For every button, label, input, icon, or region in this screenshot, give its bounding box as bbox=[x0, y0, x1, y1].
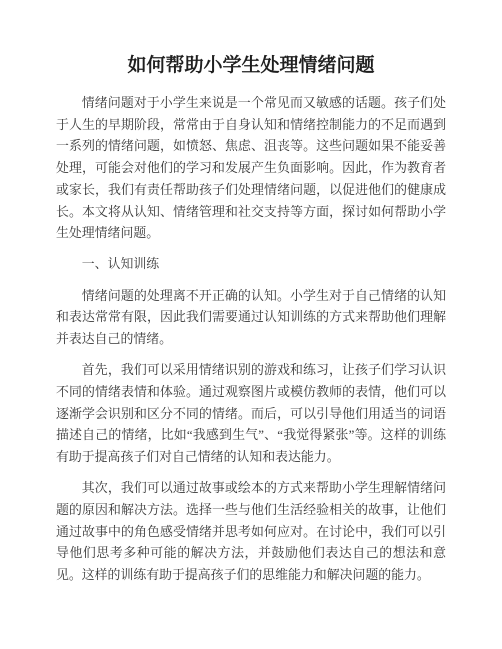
paragraph: 一、认知训练 bbox=[56, 254, 446, 276]
document-page: 如何帮助小学生处理情绪问题 情绪问题对于小学生来说是一个常见而又敏感的话题。孩子… bbox=[0, 0, 502, 649]
document-title: 如何帮助小学生处理情绪问题 bbox=[56, 52, 446, 79]
paragraph: 情绪问题对于小学生来说是一个常见而又敏感的话题。孩子们处于人生的早期阶段，常常由… bbox=[56, 93, 446, 245]
paragraph: 其次，我们可以通过故事或绘本的方式来帮助小学生理解情绪问题的原因和解决方法。选择… bbox=[56, 478, 446, 587]
document-body: 情绪问题对于小学生来说是一个常见而又敏感的话题。孩子们处于人生的早期阶段，常常由… bbox=[56, 93, 446, 587]
paragraph: 首先，我们可以采用情绪识别的游戏和练习，让孩子们学习认识不同的情绪表情和体验。通… bbox=[56, 360, 446, 469]
paragraph: 情绪问题的处理离不开正确的认知。小学生对于自己情绪的认知和表达常常有限，因此我们… bbox=[56, 286, 446, 351]
